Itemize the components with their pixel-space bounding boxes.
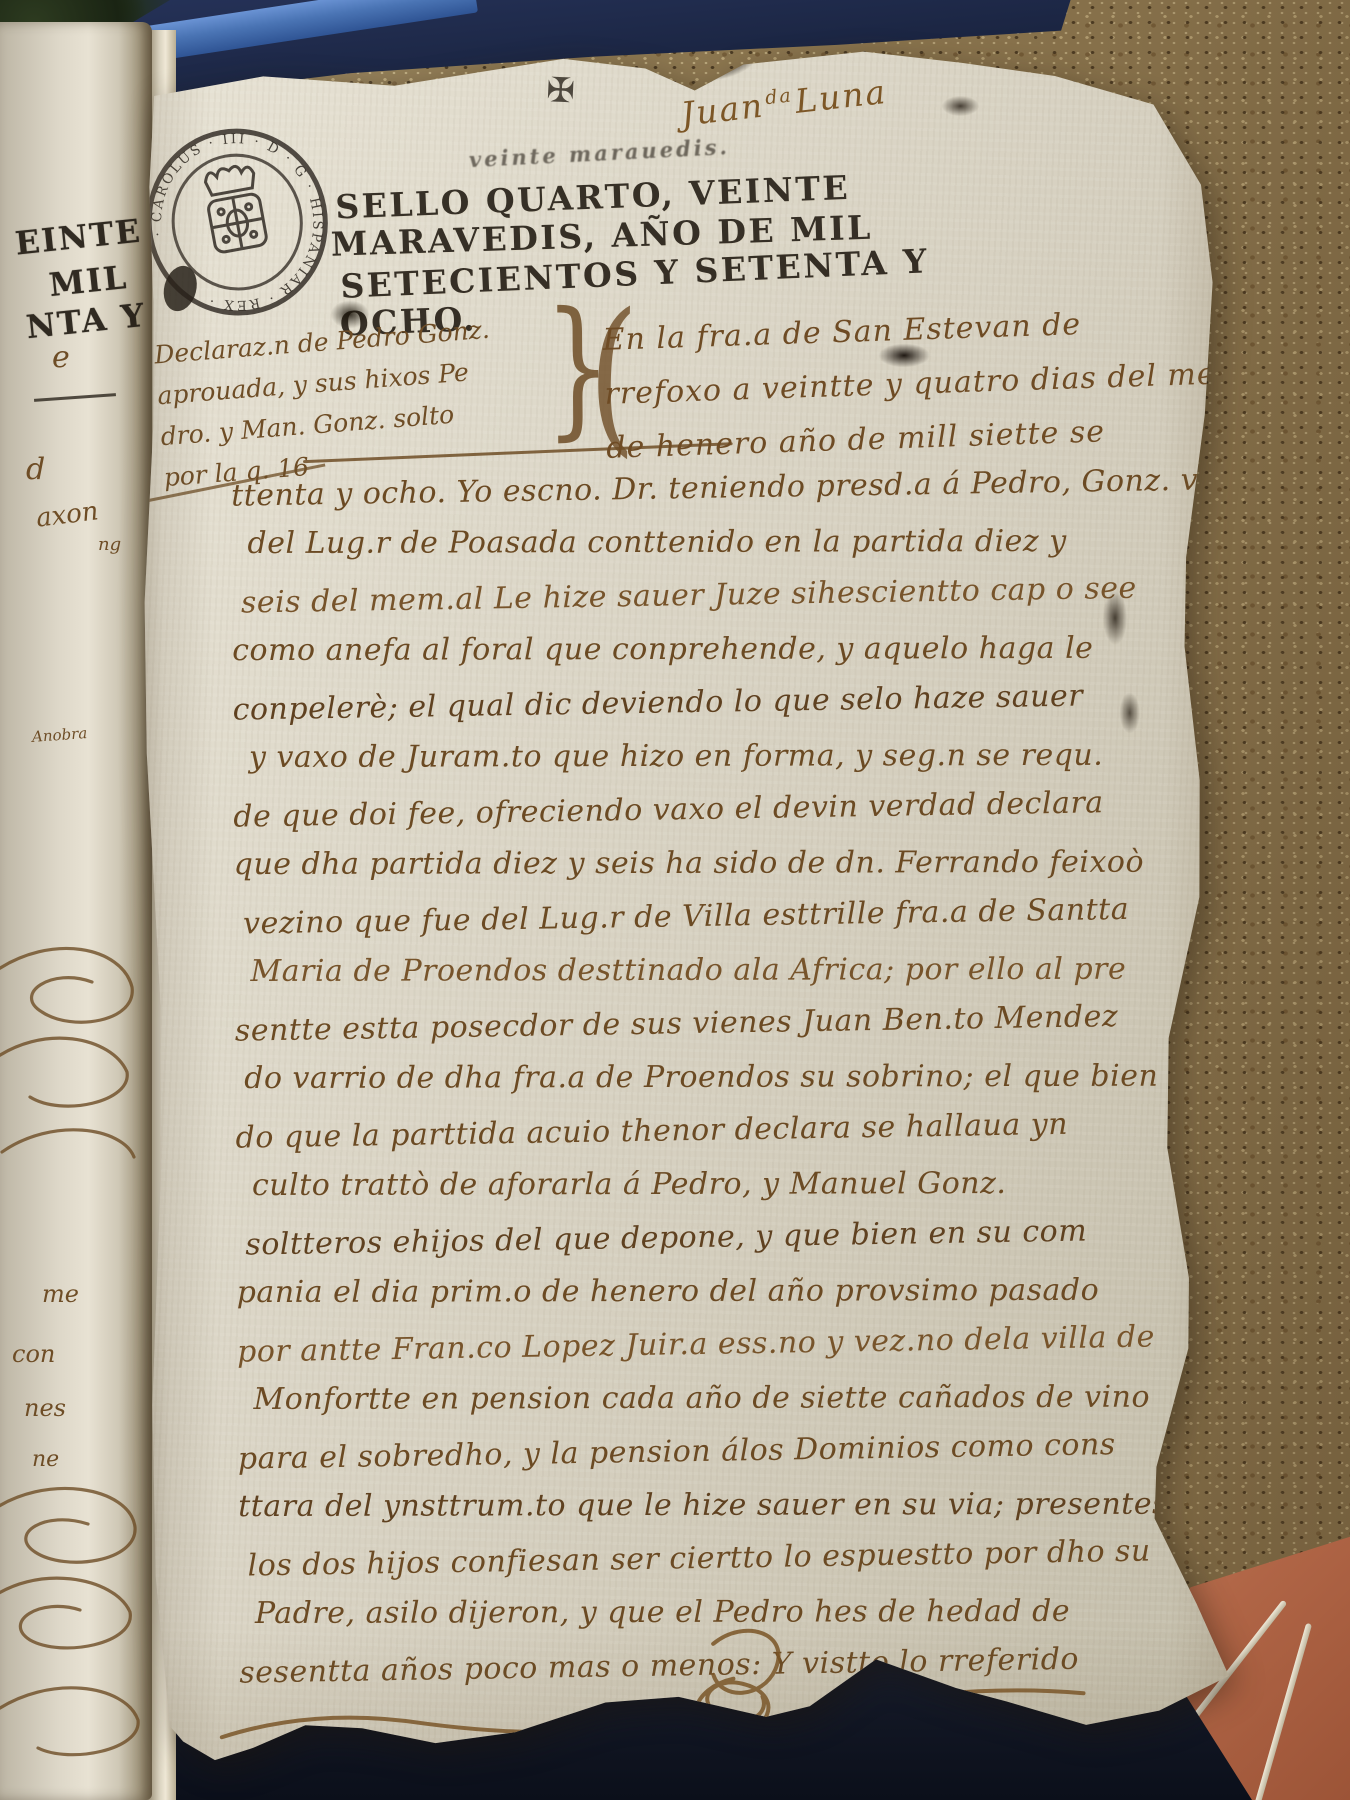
manuscript-line: ttenta y ocho. Yo escno. Dr. teniendo pr… xyxy=(231,454,1172,523)
ink-dash xyxy=(34,393,116,402)
signature-superscript: da xyxy=(764,84,794,109)
script-fragment: e xyxy=(52,340,70,375)
manuscript-line: como anefa al foral que conprehende, y a… xyxy=(232,621,1172,677)
manuscript-line: vezino que fue del Lug.r de Villa esttri… xyxy=(243,882,1175,951)
signature-flourish xyxy=(0,902,152,1182)
script-fragment: me xyxy=(42,1280,79,1308)
script-fragment: d xyxy=(26,452,45,487)
main-page-wrap: ✠ veinte marauedis. JuandaLuna · CAROLUS… xyxy=(138,46,1230,1762)
left-page-stamp-fragment: MIL xyxy=(47,258,129,304)
manuscript-line: culto trattò de aforarla á Pedro, y Manu… xyxy=(252,1156,1176,1212)
signature-juan-da-luna: JuandaLuna xyxy=(679,72,889,134)
script-fragment: con xyxy=(12,1340,55,1368)
main-page: ✠ veinte marauedis. JuandaLuna · CAROLUS… xyxy=(132,42,1236,1766)
left-page-stamp-fragment: NTA Y xyxy=(24,296,147,346)
ink-blot xyxy=(938,94,982,118)
opening-lines: En la fra.a de San Estevan de rrefoxo a … xyxy=(602,295,1167,475)
manuscript-line: sentte estta posecdor de sus vienes Juan… xyxy=(234,989,1175,1058)
manuscript-line: pania el dia prim.o de henero del año pr… xyxy=(237,1263,1177,1319)
royal-seal-stamp: · CAROLUS · III · D · G · HISPANIAR · RE… xyxy=(125,107,350,336)
manuscript-line: conpelerè; el qual dic deviendo lo que s… xyxy=(232,668,1173,737)
manuscript-line: seis del mem.al Le hize sauer Juze sihes… xyxy=(240,561,1172,630)
manuscript-line: para el sobredho, y la pension álos Domi… xyxy=(237,1417,1178,1486)
script-fragment: axon xyxy=(34,496,100,533)
manuscript-line: del Lug.r de Poasada conttenido en la pa… xyxy=(247,514,1171,570)
left-page: EINTE MIL NTA Y e d axon ng Anobra me co… xyxy=(0,22,152,1800)
coat-of-arms xyxy=(202,163,268,253)
script-fragment: Anobra xyxy=(31,724,87,746)
chair-leg xyxy=(1254,1623,1312,1800)
manuscript-line: por antte Fran.co Lopez Juir.a ess.no y … xyxy=(237,1310,1178,1379)
script-fragment: nes xyxy=(24,1394,66,1422)
signature-flourish xyxy=(0,1452,155,1782)
manuscript-line: ttara del ynsttrum.to que le hize sauer … xyxy=(238,1477,1178,1533)
manuscript-line: Maria de Proendos desttinado ala Africa;… xyxy=(250,942,1174,998)
cross-mark: ✠ xyxy=(545,70,575,111)
left-page-stamp-fragment: EINTE xyxy=(14,211,144,262)
manuscript-line: y vaxo de Juram.to que hizo en forma, y … xyxy=(249,728,1173,784)
manuscript-line: do que la parttida acuio thenor declara … xyxy=(235,1096,1176,1165)
manuscript-line: soltteros ehijos del que depone, y que b… xyxy=(245,1203,1177,1272)
tax-rate-stamp: veinte marauedis. xyxy=(468,134,730,172)
manuscript-line: do varrio de dha fra.a de Proendos su so… xyxy=(244,1049,1175,1105)
manuscript-body: ttenta y ocho. Yo escno. Dr. teniendo pr… xyxy=(231,459,1180,1696)
script-fragment: ng xyxy=(98,534,121,555)
photo-scene: EINTE MIL NTA Y e d axon ng Anobra me co… xyxy=(0,0,1350,1800)
signature-part: Luna xyxy=(793,72,889,121)
signature-part: Juan xyxy=(679,86,766,134)
manuscript-line: de que doi fee, ofreciendo vaxo el devin… xyxy=(233,775,1174,844)
manuscript-line: que dha partida diez y seis ha sido de d… xyxy=(234,835,1174,891)
rubric-flourish xyxy=(213,1581,1094,1777)
manuscript-line: Monfortte en pension cada año de siette … xyxy=(253,1370,1177,1426)
